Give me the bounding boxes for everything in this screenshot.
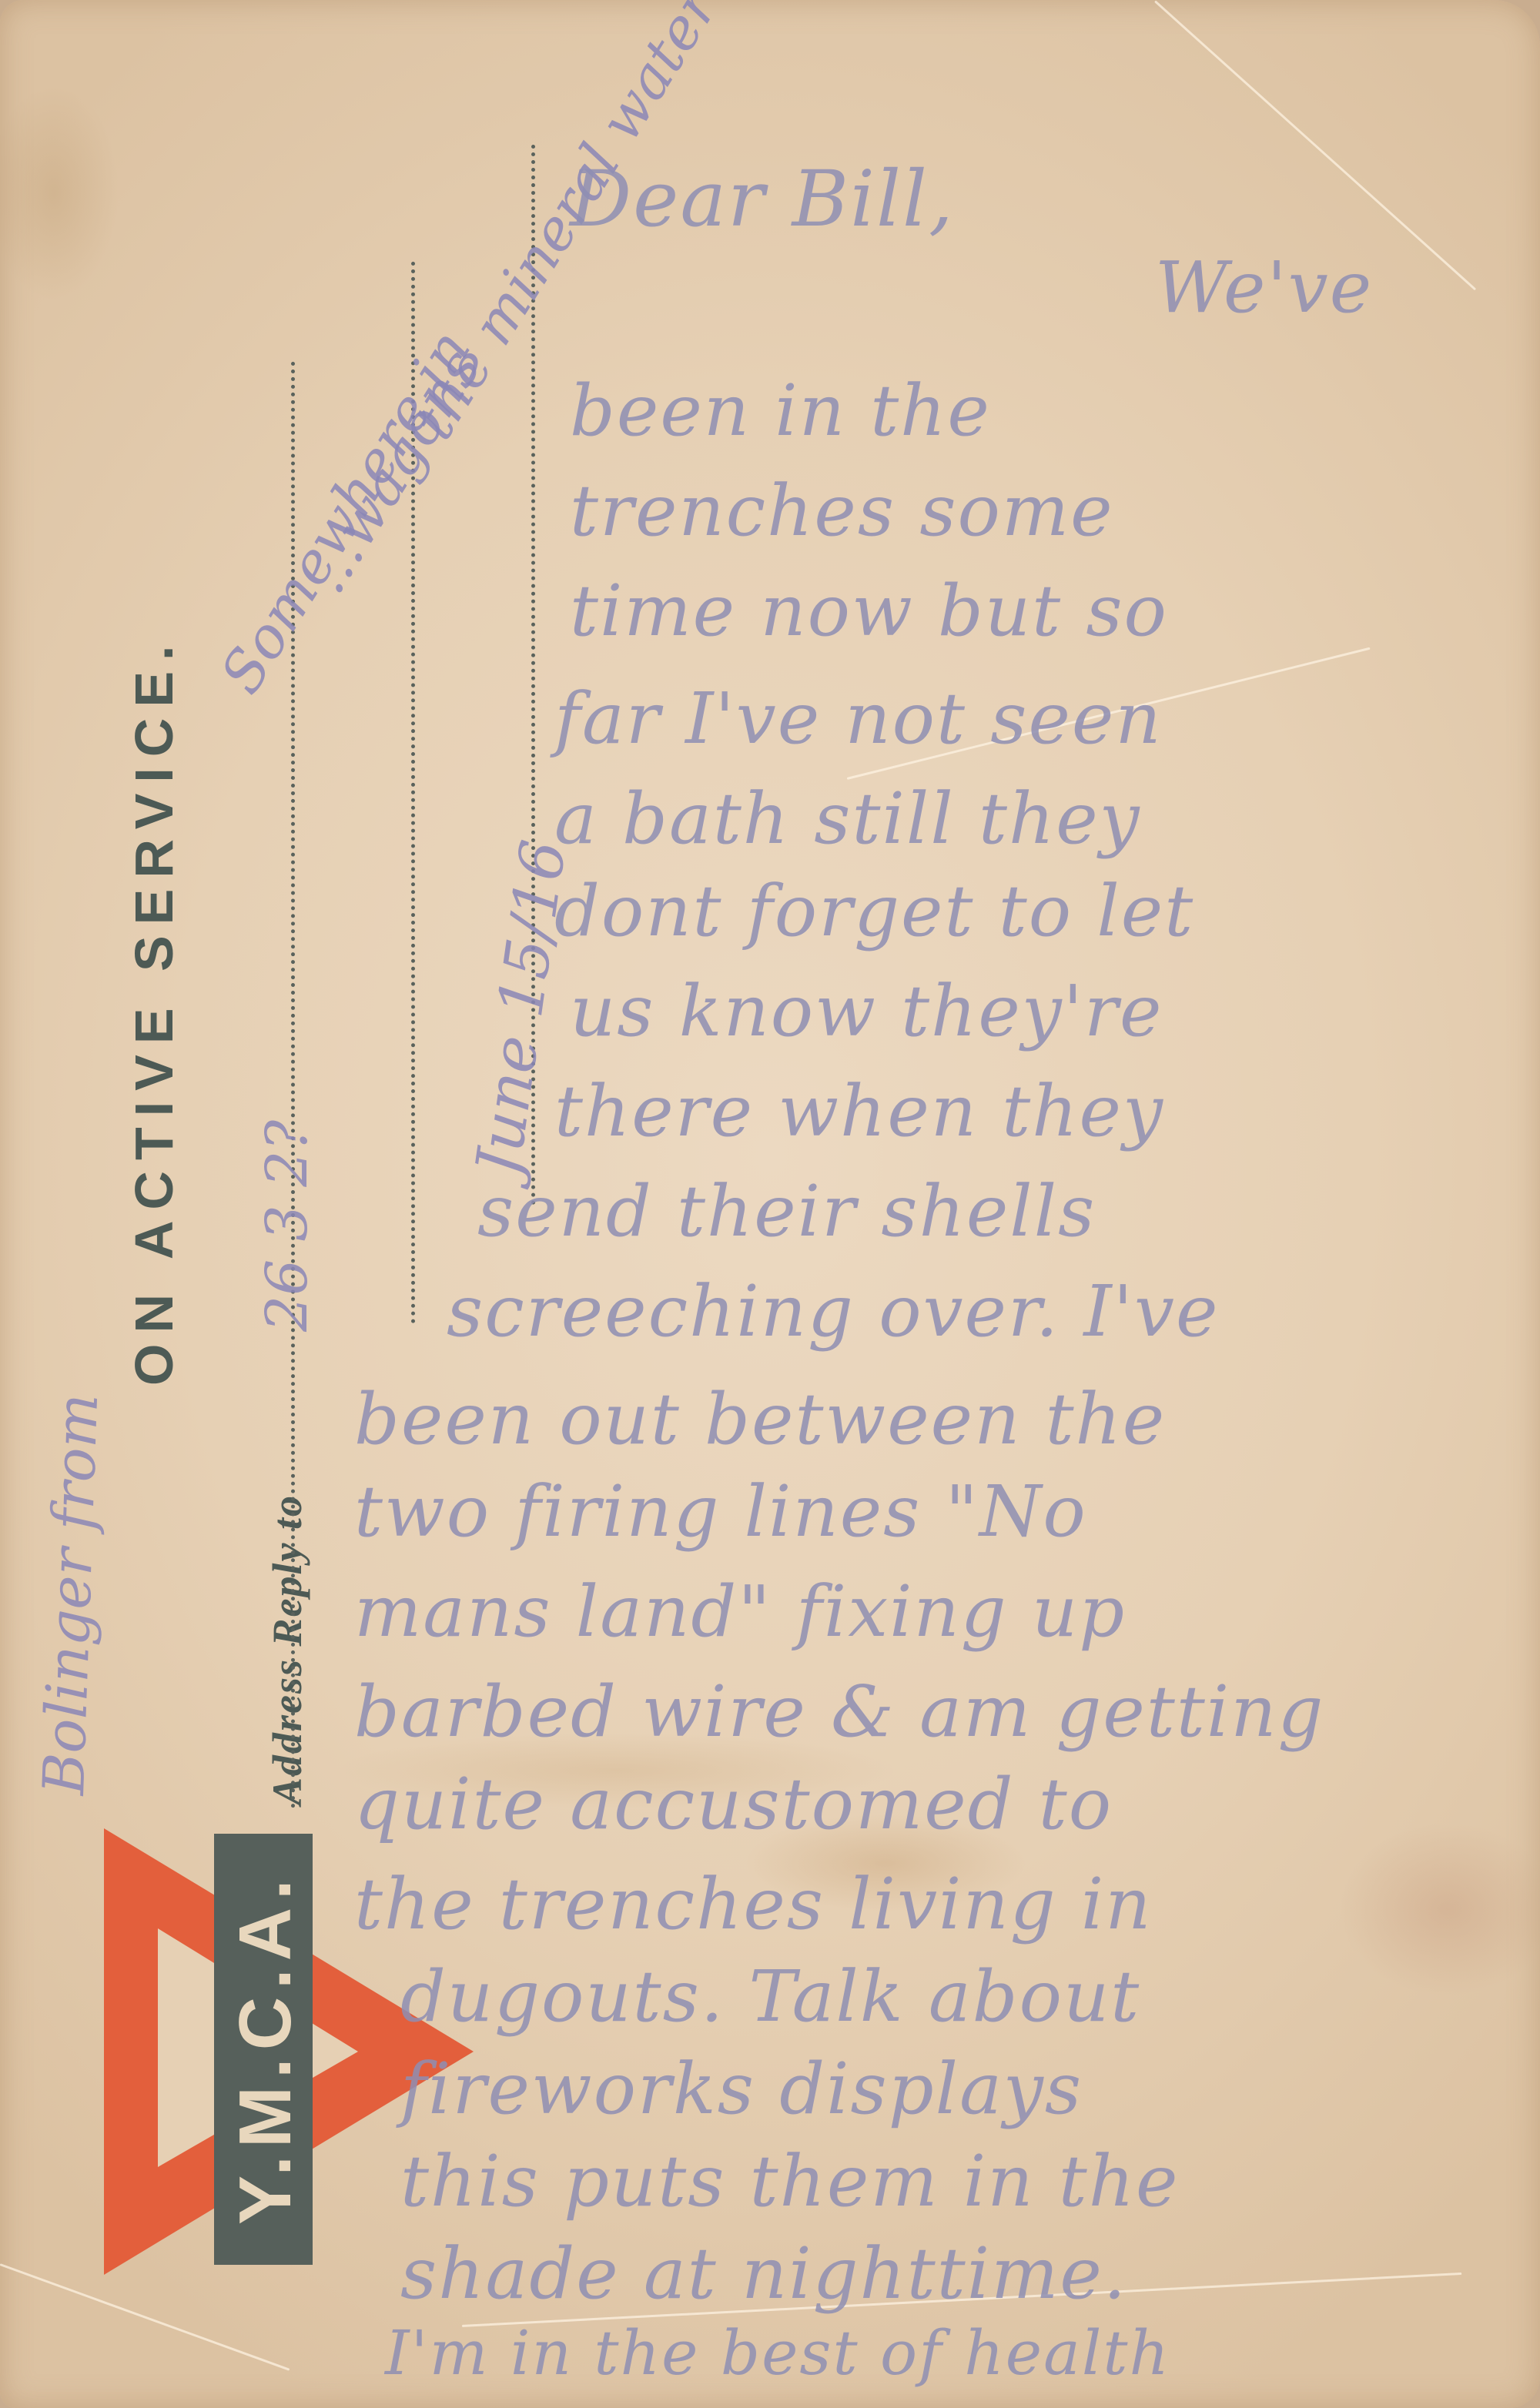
letter-line: far I've not seen	[554, 677, 1163, 760]
ymca-logo-text: Y.M.C.A.	[223, 1871, 308, 2225]
letter-line: the trenches living in	[354, 1863, 1153, 1945]
letter-line: We've	[1155, 246, 1373, 329]
letter-line: this puts them in the	[400, 2140, 1179, 2222]
letter-line: a bath still they	[554, 778, 1141, 860]
address-line-1: 26 3 2?	[254, 1120, 320, 1332]
letter-line: fireworks displays	[400, 2048, 1083, 2130]
letter-line: screeching over. I've	[447, 1270, 1219, 1353]
letter-line: there when they	[554, 1070, 1164, 1152]
letter-salutation: Dear Bill,	[570, 154, 955, 244]
side-note-3: Somewhere in	[208, 319, 484, 705]
side-note-4: Bolinger from	[31, 1393, 111, 1796]
letter-line: barbed wire & am getting	[354, 1671, 1324, 1753]
letter-line: mans land" fixing up	[354, 1570, 1126, 1653]
letter-line: us know they're	[570, 970, 1163, 1052]
letter-line: trenches some	[570, 470, 1114, 552]
letter-line: time now but so	[570, 570, 1168, 652]
letter-line: I'm in the best of health	[385, 2317, 1170, 2389]
letter-line: dugouts. Talk about	[400, 1955, 1140, 2038]
on-active-service-header: ON ACTIVE SERVICE.	[123, 635, 185, 1386]
letter-line: send their shells	[477, 1170, 1096, 1252]
letter-line: two firing lines "No	[354, 1470, 1087, 1553]
letter-line: been in the	[570, 370, 991, 452]
letter-line: quite accustomed to	[354, 1763, 1113, 1845]
letter-line: been out between the	[354, 1378, 1166, 1460]
letter-line: dont forget to let	[554, 870, 1194, 952]
address-reply-label: Address Reply to	[263, 1494, 311, 1805]
letter-line: shade at nighttime.	[400, 2232, 1127, 2315]
postcard: ON ACTIVE SERVICE. Address Reply to Y.M.…	[0, 0, 1540, 2408]
